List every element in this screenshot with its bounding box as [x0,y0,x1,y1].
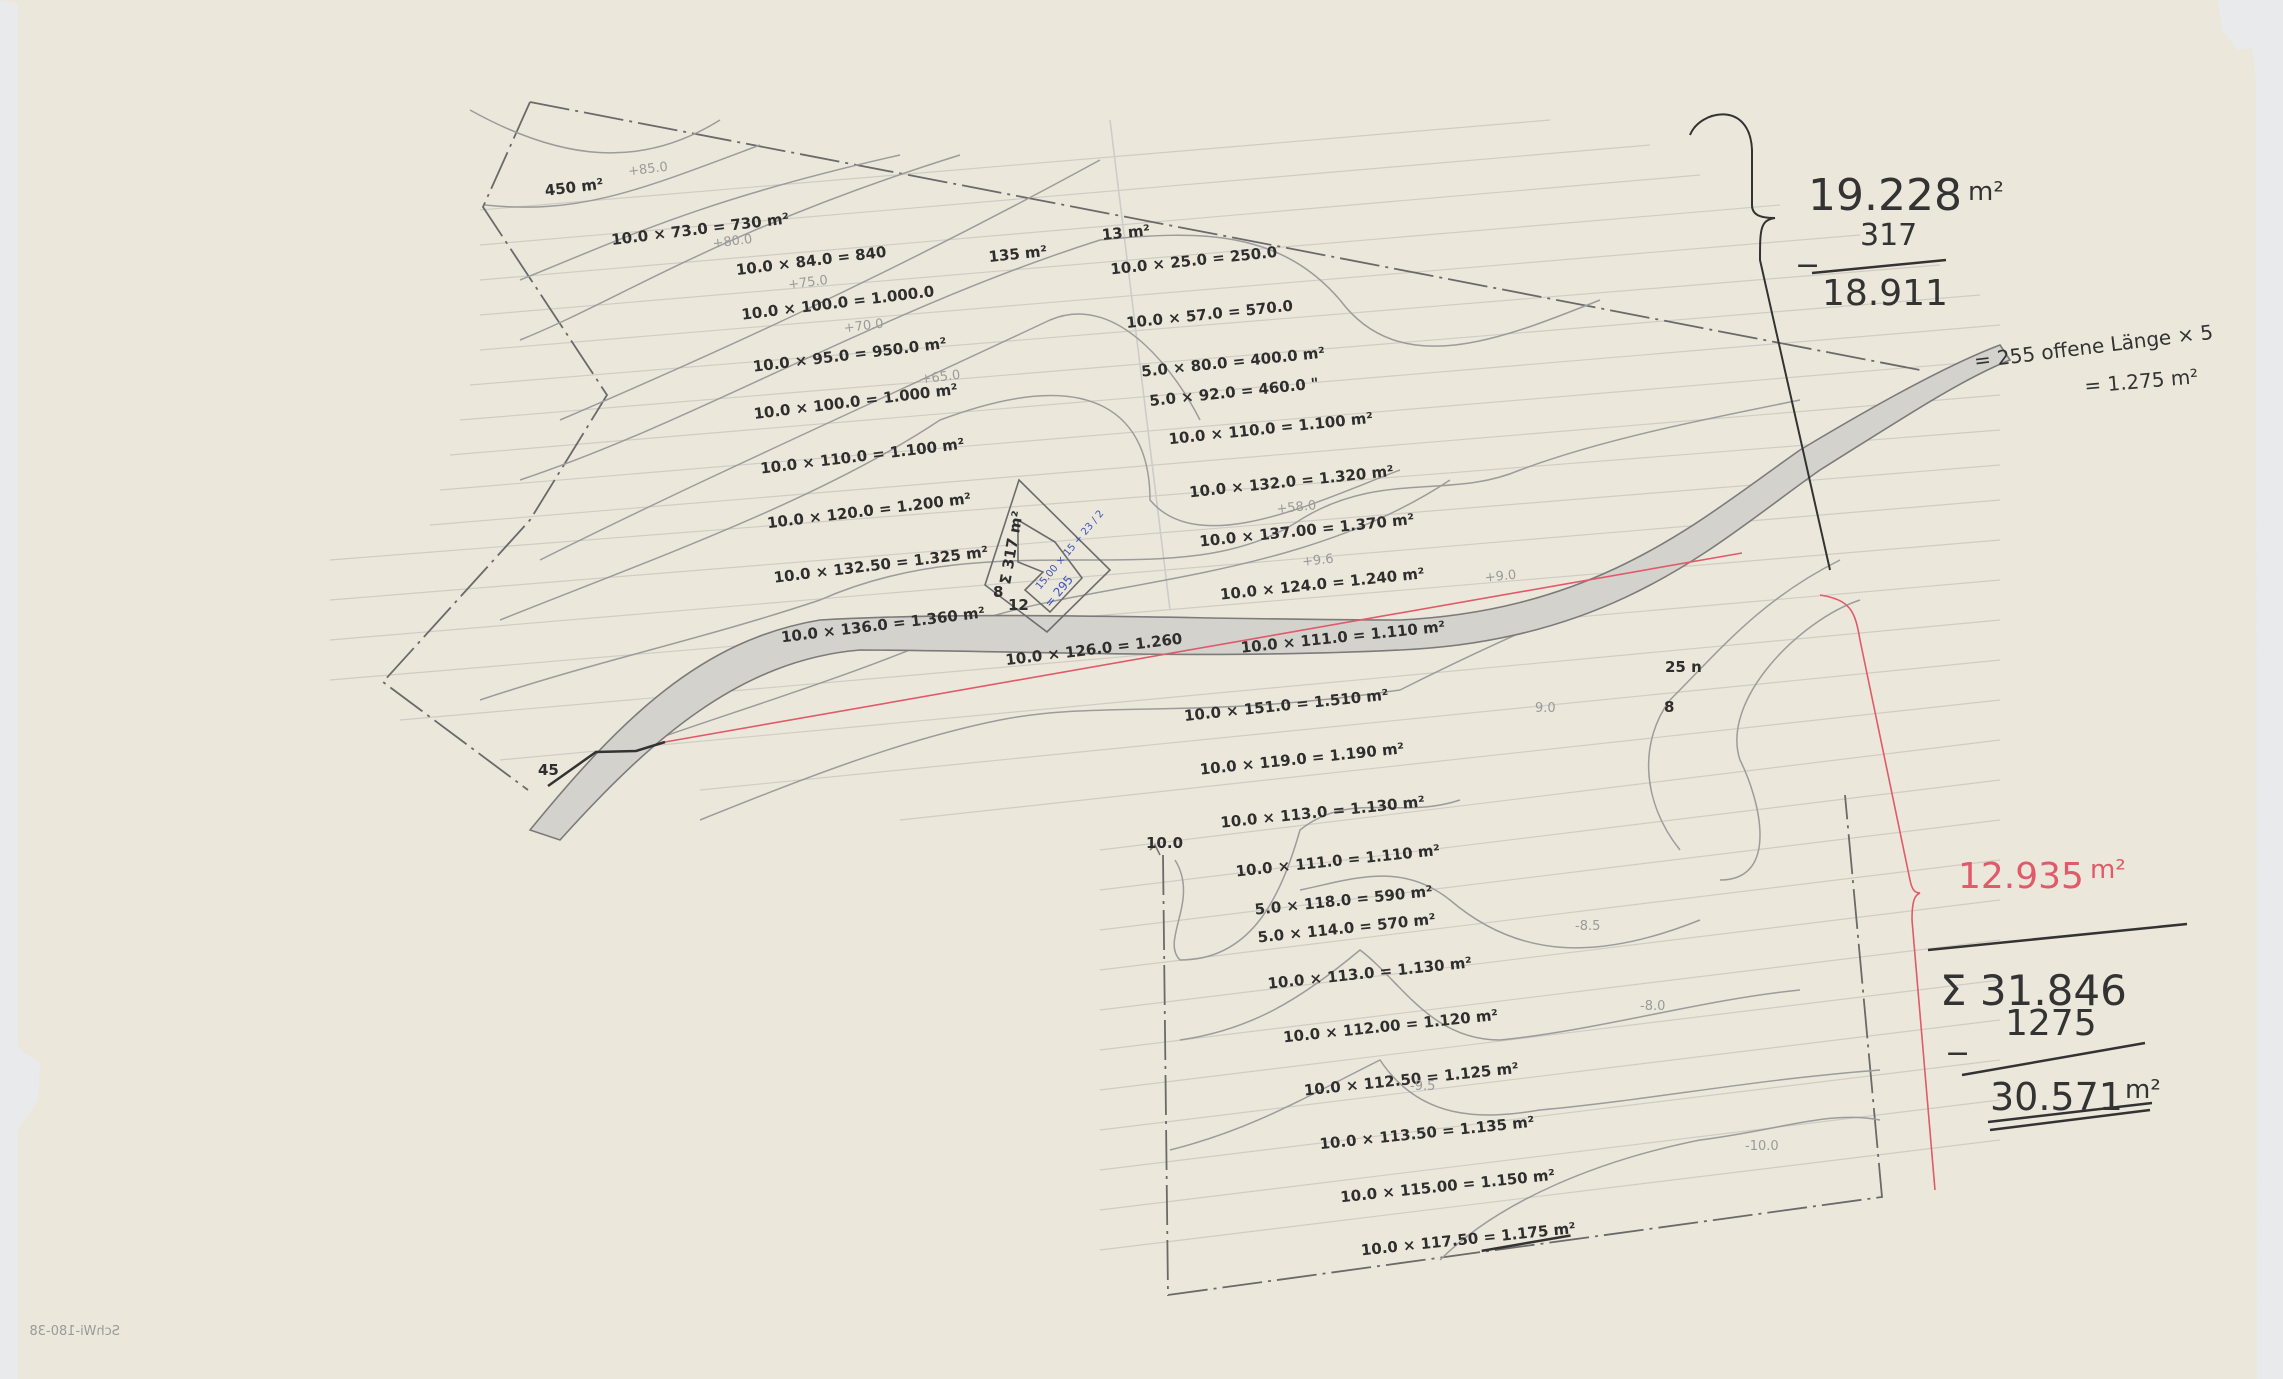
svg-text:-10.0: -10.0 [1745,1139,1779,1154]
svg-text:−: − [1795,248,1820,283]
svg-text:m²: m² [1968,177,2004,207]
svg-text:317: 317 [1860,218,1917,253]
svg-text:-8.0: -8.0 [1640,999,1665,1014]
scanned-survey-sheet: 450 m² +85.0 10.0 × 73.0 = 730 m² +80.0 … [0,0,2283,1379]
svg-text:1275: 1275 [2005,1003,2097,1044]
svg-text:m²: m² [2125,1075,2161,1105]
svg-text:25 n: 25 n [1665,658,1702,676]
archive-note: SchWi-180-38 [29,1324,120,1339]
svg-text:-9.5: -9.5 [1410,1079,1435,1094]
svg-text:m²: m² [2090,855,2126,885]
svg-text:18.911: 18.911 [1822,273,1948,314]
svg-text:-8.5: -8.5 [1575,919,1600,934]
svg-text:9.0: 9.0 [1535,701,1556,716]
svg-text:12.935: 12.935 [1958,856,2084,897]
svg-text:8: 8 [1664,698,1674,716]
svg-text:19.228: 19.228 [1808,170,1962,221]
svg-text:30.571: 30.571 [1990,1075,2123,1119]
svg-text:−: − [1945,1036,1970,1071]
svg-text:10.0: 10.0 [1146,834,1183,852]
svg-text:8: 8 [993,583,1003,601]
svg-text:12: 12 [1008,596,1029,614]
svg-text:45: 45 [538,761,559,779]
